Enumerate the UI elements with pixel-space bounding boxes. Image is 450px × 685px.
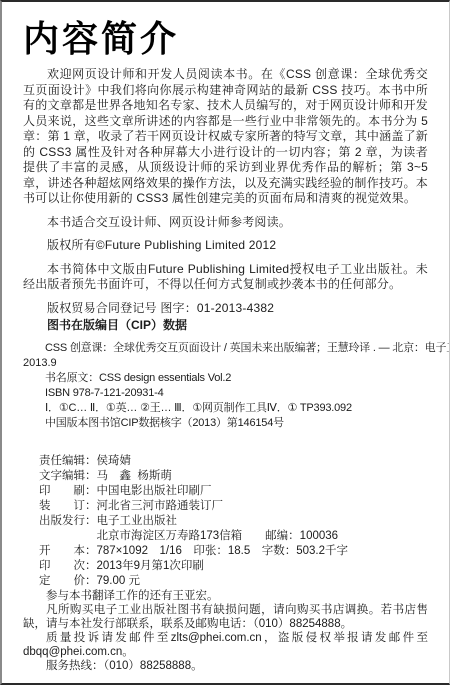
cip-heading: 图书在版编目（CIP）数据 — [23, 316, 428, 333]
colophon-line-price: 定 价：79.00 元 — [39, 574, 428, 589]
license-paragraph: 本书简体中文版由Future Publishing Limited授权电子工业出… — [23, 262, 428, 293]
isbn-line: ISBN 978-7-121-20931-4 — [23, 386, 428, 401]
intro-paragraph: 欢迎网页设计师和开发人员阅读本书。在《CSS 创意课：全球优秀交互页面设计》中我… — [23, 67, 428, 207]
book-copyright-page: 内容简介 欢迎网页设计师和开发人员阅读本书。在《CSS 创意课：全球优秀交互页面… — [0, 0, 450, 685]
colophon-line-text-editor: 文字编辑：马 鑫 杨斯萌 — [39, 469, 428, 484]
purchase-notice: 凡所购买电子工业出版社图书有缺损问题，请向购买书店调换。若书店售缺，请与本社发行… — [23, 603, 428, 631]
copyright-line: 版权所有©Future Publishing Limited 2012 — [23, 238, 428, 254]
colophon-line-address: 北京市海淀区万寿路173信箱 邮编：100036 — [39, 529, 428, 544]
service-hotline: 服务热线：（010）88258888。 — [23, 659, 428, 673]
complaint-notice: 质量投诉请发邮件至zlts@phei.com.cn，盗版侵权举报请发邮件至dbq… — [23, 631, 428, 659]
cip-entry-line2: 2013.9 — [23, 356, 428, 371]
classification-line: Ⅰ．①C… Ⅱ．①英… ②王… Ⅲ．①网页制作工具Ⅳ．① TP393.092 — [23, 401, 428, 416]
colophon-line-editor: 责任编辑：侯琦婧 — [39, 454, 428, 469]
colophon-line-format: 开 本：787×1092 1/16 印张：18.5 字数：503.2千字 — [39, 544, 428, 559]
page-title: 内容简介 — [23, 18, 428, 59]
cip-entry-line1: CSS 创意课：全球优秀交互页面设计 / 英国未来出版编著；王慧玲译 . — 北… — [23, 341, 428, 356]
colophon-block: 责任编辑：侯琦婧 文字编辑：马 鑫 杨斯萌 印 刷：中国电影出版社印刷厂 装 订… — [23, 454, 428, 589]
colophon-line-binding: 装 订：河北省三河市路通装订厂 — [39, 499, 428, 514]
colophon-line-print-run: 印 次：2013年9月第1次印刷 — [39, 559, 428, 574]
colophon-line-printer: 印 刷：中国电影出版社印刷厂 — [39, 484, 428, 499]
translator-note: 参与本书翻译工作的还有王亚宏。 — [23, 589, 428, 603]
colophon-line-publisher: 出版发行：电子工业出版社 — [39, 514, 428, 529]
audience-paragraph: 本书适合交互设计师、网页设计师参考阅读。 — [23, 215, 428, 231]
original-title-line: 书名原文：CSS design essentials Vol.2 — [23, 371, 428, 386]
contract-registration-line: 版权贸易合同登记号 图字：01-2013-4382 — [23, 301, 428, 317]
cip-record-number-line: 中国版本图书馆CIP数据核字（2013）第146154号 — [23, 416, 428, 431]
